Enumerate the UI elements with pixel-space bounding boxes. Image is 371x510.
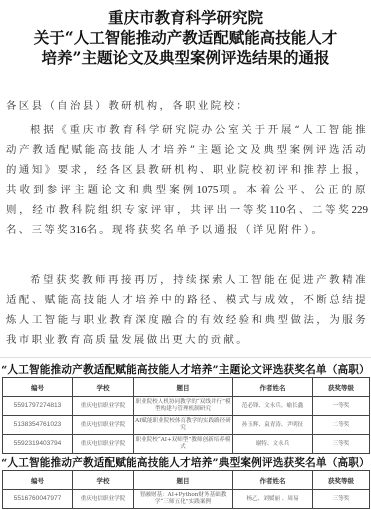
cell-school: 重庆电信职业学院: [73, 435, 134, 454]
greeting: 各区县（自治县）教研机构，各职业院校：: [6, 96, 368, 116]
cell-id: 5592319403794: [3, 435, 73, 454]
case-award-table: 编号 学校 题目 作者姓名 获奖等级 5516760047977 重庆电信职业学…: [2, 470, 370, 509]
cell-award: 一等奖: [313, 397, 370, 416]
cell-authors: 范必锋、文永兵、喻长鑫: [233, 397, 313, 416]
cell-topic: AI赋能职业院校体育教学的实践路径研究: [134, 416, 233, 435]
table-row: 5516760047977 重庆电信职业学院 智融财基：AI+Python财务基…: [3, 490, 370, 509]
first-prize-count: 110: [269, 204, 285, 216]
second-prize-count: 229: [352, 204, 369, 216]
cell-school: 重庆电信职业学院: [73, 490, 134, 509]
header-line-2: 关于“人工智能推动产教适配赋能高技能人才: [0, 28, 371, 47]
cell-id: 5591797274813: [3, 397, 73, 416]
paragraph-2: 希望获奖教师再接再厉，持续探索人工智能在促进产教精准适配、赋能高技能人才培养中的…: [6, 270, 368, 350]
table-header-row: 编号 学校 题目 作者姓名 获奖等级: [3, 471, 370, 490]
cell-award: 三等奖: [313, 435, 370, 454]
cell-school: 重庆电信职业学院: [73, 416, 134, 435]
column-header-school: 学校: [73, 471, 134, 490]
column-header-award: 获奖等级: [313, 378, 370, 397]
total-entries: 1075: [196, 184, 218, 196]
cell-authors: 谢特、文永兵: [233, 435, 313, 454]
paragraph-1-text-e: 名。现将获奖名单予以通报（详见附件）。: [86, 224, 324, 236]
cell-topic: 智融财基：AI+Python财务基础教学“三师五化”实践案例: [134, 490, 233, 509]
column-header-authors: 作者姓名: [233, 471, 313, 490]
column-header-authors: 作者姓名: [233, 378, 313, 397]
table-row: 5138354761023 重庆电信职业学院 AI赋能职业院校体育教学的实践路径…: [3, 416, 370, 435]
cell-id: 5516760047977: [3, 490, 73, 509]
paragraph-1-text-c: 名、二等奖: [285, 204, 351, 216]
paper-award-table: 编号 学校 题目 作者姓名 获奖等级 5591797274813 重庆电信职业学…: [2, 377, 370, 454]
header-line-1: 重庆市教育科学研究院: [0, 8, 371, 27]
column-header-award: 获奖等级: [313, 471, 370, 490]
cell-authors: 杨乙、刘媛丽 、周易: [233, 490, 313, 509]
paragraph-1-text-d: 名、三等奖: [6, 224, 70, 236]
table-row: 5592319403794 重庆电信职业学院 职业院校“AI+双师型”教师创新培…: [3, 435, 370, 454]
cell-award: 三等奖: [313, 490, 370, 509]
cell-award: 二等奖: [313, 416, 370, 435]
cell-topic: 职业院校“AI+双师型”教师创新培养模式: [134, 435, 233, 454]
paper-table-title: “人工智能推动产教适配赋能高技能人才培养”主题论文评选获奖名单（高职）: [0, 362, 371, 377]
cell-authors: 孙玉辉、袁青涛、尹明征: [233, 416, 313, 435]
paragraph-1: 根据《重庆市教育科学研究院办公室关于开展“人工智能推动产教适配赋能高技能人才培养…: [6, 120, 368, 240]
column-header-topic: 题目: [134, 471, 233, 490]
case-table-title: “人工智能推动产教适配赋能高技能人才培养”典型案例评选获奖名单（高职）: [0, 455, 371, 470]
cell-school: 重庆电信职业学院: [73, 397, 134, 416]
cell-topic: 职业院校人机协同教学的“双线并行”模型构建与管理机制研究: [134, 397, 233, 416]
column-header-id: 编号: [3, 378, 73, 397]
column-header-id: 编号: [3, 471, 73, 490]
section-divider: [0, 357, 371, 358]
cell-id: 5138354761023: [3, 416, 73, 435]
column-header-school: 学校: [73, 378, 134, 397]
table-row: 5591797274813 重庆电信职业学院 职业院校人机协同教学的“双线并行”…: [3, 397, 370, 416]
column-header-topic: 题目: [134, 378, 233, 397]
table-header-row: 编号 学校 题目 作者姓名 获奖等级: [3, 378, 370, 397]
header-line-3: 培养”主题论文及典型案例评选结果的通报: [0, 48, 371, 67]
third-prize-count: 316: [70, 224, 87, 236]
